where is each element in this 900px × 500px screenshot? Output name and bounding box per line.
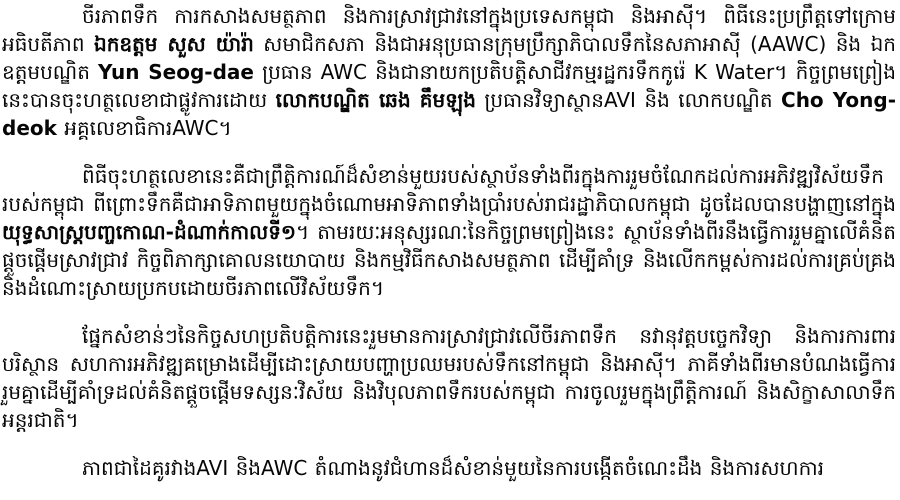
name-yun-seog-dae: Yun Seog-dae bbox=[98, 60, 254, 84]
pentagonal-strategy-phrase: យុទ្ធសាស្ត្របញ្ចកោណ-ដំណាក់កាលទី១ bbox=[2, 220, 296, 244]
text-run: ពិធីចុះហត្ថលេខានេះគឺជាព្រឹត្តិការណ៍ដ៏សំខ… bbox=[2, 164, 896, 216]
text-run: ប្រធានវិទ្យាស្ថានAVI និង លោកបណ្ឌិត bbox=[476, 88, 781, 112]
text-run: អគ្គលេខាធិការAWC។ bbox=[57, 116, 232, 140]
paragraph-partnership-clipped: ភាពជាដៃគូរវាងAVI និងAWC តំណាងនូវជំហានដ៏ស… bbox=[2, 454, 896, 482]
paragraph-significance: ពិធីចុះហត្ថលេខានេះគឺជាព្រឹត្តិការណ៍ដ៏សំខ… bbox=[2, 162, 896, 302]
text-run: ភាពជាដៃគូរវាងAVI និងAWC តំណាងនូវជំហានដ៏ស… bbox=[82, 456, 824, 480]
document-page: ចីរភាពទឹក ការកសាងសមត្ថភាព និងការស្រាវជ្រ… bbox=[0, 0, 900, 500]
paragraph-signing-ceremony: ចីរភាពទឹក ការកសាងសមត្ថភាព និងការស្រាវជ្រ… bbox=[2, 2, 896, 142]
paragraph-cooperation-areas: ផ្នែកសំខាន់ៗនៃកិច្ចសហប្រតិបត្តិការនេះរួម… bbox=[2, 322, 896, 434]
name-suos-yara: ឯកឧត្តម សួស យ៉ារ៉ា bbox=[94, 32, 254, 56]
text-run: ផ្នែកសំខាន់ៗនៃកិច្ចសហប្រតិបត្តិការនេះរួម… bbox=[2, 324, 896, 432]
name-chheng-kimlong: លោកបណ្ឌិត ឆេង គឹមឡុង bbox=[276, 88, 476, 112]
